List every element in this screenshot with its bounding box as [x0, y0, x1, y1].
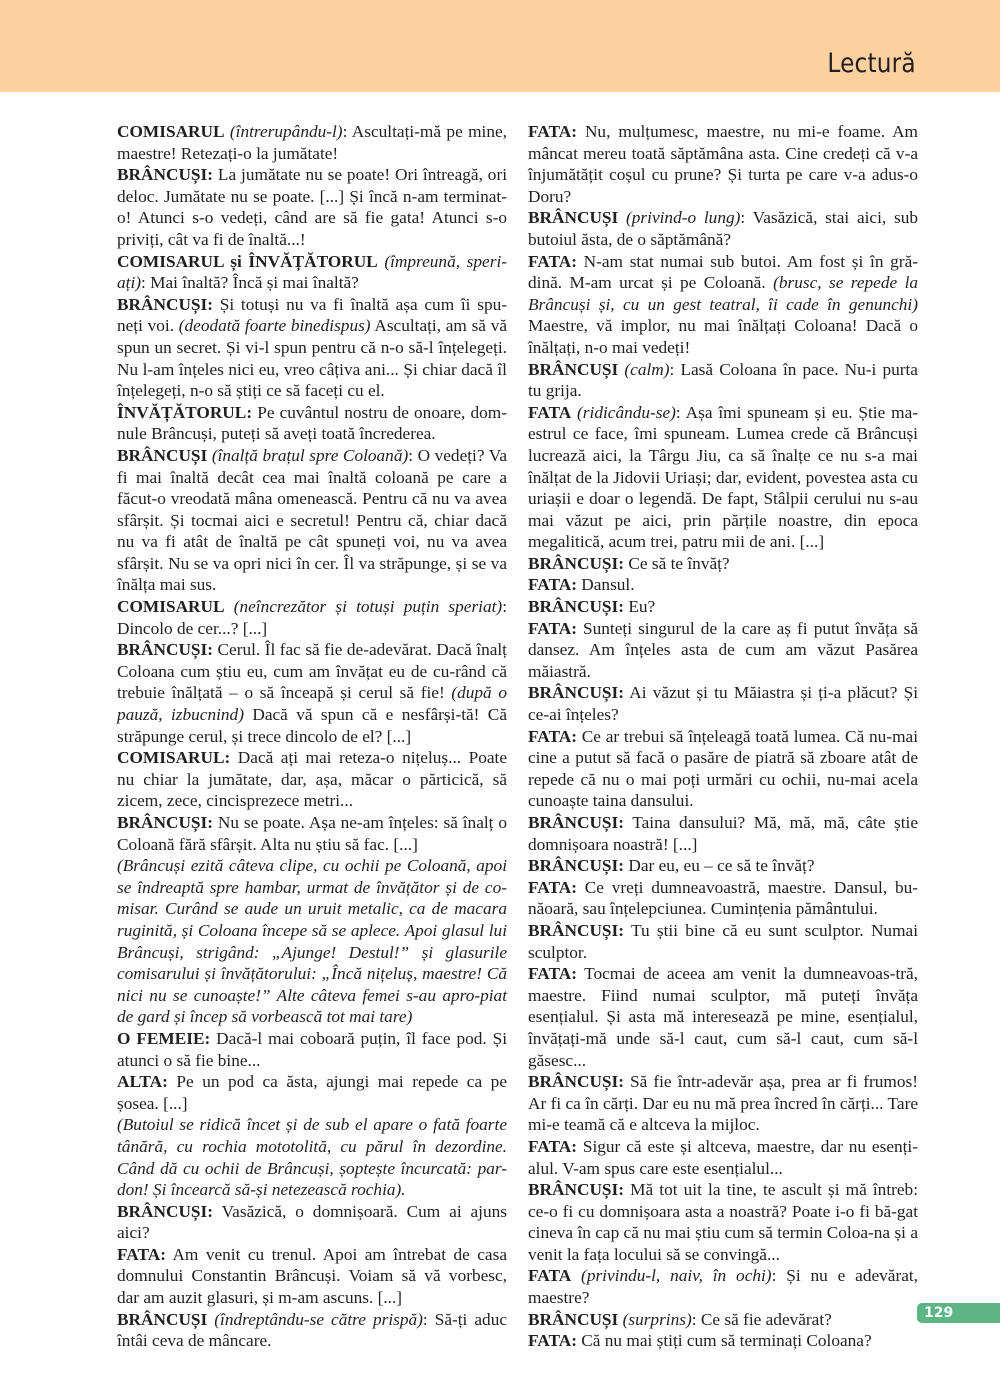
speaker-name: FATA: [528, 252, 577, 271]
stage-direction: (îndreptându-se către prispă) [207, 1310, 423, 1329]
speaker-name: BRÂNCUȘI: [528, 597, 624, 616]
speaker-name: COMISARUL [117, 597, 225, 616]
dialogue-paragraph: BRÂNCUȘI: Vasăzică, o domnișoară. Cum ai… [117, 1201, 507, 1244]
speaker-name: FATA: [528, 1137, 577, 1156]
dialogue-text: Ce să te învăț? [624, 554, 730, 573]
dialogue-text: Ce ar trebui să înțeleagă toată lumea. C… [528, 727, 918, 811]
dialogue-paragraph: (Butoiul se ridică încet și de sub el ap… [117, 1114, 507, 1200]
dialogue-paragraph: FATA: Am venit cu trenul. Apoi am întreb… [117, 1244, 507, 1309]
dialogue-paragraph: FATA: Nu, mulțumesc, maestre, nu mi-e fo… [528, 121, 918, 207]
dialogue-paragraph: BRÂNCUȘI: Dar eu, eu – ce să te învăț? [528, 855, 918, 877]
speaker-name: BRÂNCUȘI: [528, 683, 624, 702]
dialogue-paragraph: BRÂNCUȘI: Ai văzut și tu Măiastra și ți-… [528, 682, 918, 725]
dialogue-paragraph: BRÂNCUȘI: Să fie într-adevăr așa, prea a… [528, 1071, 918, 1136]
header-band: Lectură [0, 0, 1000, 92]
dialogue-text: Eu? [624, 597, 655, 616]
speaker-name: FATA: [528, 727, 577, 746]
speaker-name: BRÂNCUȘI: [117, 1202, 213, 1221]
speaker-name: BRÂNCUȘI [528, 1310, 618, 1329]
speaker-name: FATA: [528, 878, 577, 897]
stage-direction: (surprins) [618, 1310, 691, 1329]
dialogue-paragraph: BRÂNCUȘI (înalță brațul spre Coloană): O… [117, 445, 507, 596]
dialogue-paragraph: BRÂNCUȘI: Cerul. Îl fac să fie de-adevăr… [117, 639, 507, 747]
speaker-name: BRÂNCUȘI: [528, 1180, 624, 1199]
dialogue-paragraph: ALTA: Pe un pod ca ăsta, ajungi mai repe… [117, 1071, 507, 1114]
dialogue-paragraph: COMISARUL (neîncrezător și totuși puțin … [117, 596, 507, 639]
dialogue-text: Sunteți singurul de la care aș fi putut … [528, 619, 918, 681]
dialogue-paragraph: BRÂNCUȘI: Nu se poate. Așa ne-am înțeles… [117, 812, 507, 855]
stage-direction: (Brâncuși ezită câteva clipe, cu ochii p… [117, 856, 507, 1026]
dialogue-paragraph: BRÂNCUȘI: La jumătate nu se poate! Ori î… [117, 164, 507, 250]
dialogue-paragraph: BRÂNCUȘI (calm): Lasă Coloana în pace. N… [528, 359, 918, 402]
speaker-name: BRÂNCUȘI: [117, 295, 213, 314]
stage-direction: (deodată foarte binedispus) [179, 316, 371, 335]
speaker-name: BRÂNCUȘI: [117, 165, 213, 184]
dialogue-paragraph: BRÂNCUȘI (surprins): Ce să fie adevărat? [528, 1309, 918, 1331]
stage-direction: (calm) [618, 360, 669, 379]
dialogue-text: Că nu mai știți cum să terminați Coloana… [577, 1331, 872, 1350]
stage-direction: (ridicându-se) [571, 403, 676, 422]
dialogue-paragraph: BRÂNCUȘI: Ce să te învăț? [528, 553, 918, 575]
dialogue-text: Nu, mulțumesc, maestre, nu mi-e foame. A… [528, 122, 918, 206]
speaker-name: FATA: [528, 1331, 577, 1350]
speaker-name: BRÂNCUȘI [117, 446, 207, 465]
dialogue-text: Tocmai de aceea am venit la dumneavoas-t… [528, 964, 918, 1069]
dialogue-paragraph: BRÂNCUȘI: Tu știi bine că eu sunt sculpt… [528, 920, 918, 963]
speaker-name: FATA: [528, 964, 577, 983]
dialogue-paragraph: COMISARUL și ÎNVĂȚĂTORUL (împreună, sper… [117, 251, 507, 294]
dialogue-paragraph: FATA: Ce vreți dumneavoastră, maestre. D… [528, 877, 918, 920]
dialogue-text: Pe un pod ca ăsta, ajungi mai repede ca … [117, 1072, 507, 1113]
speaker-name: FATA [528, 1266, 571, 1285]
dialogue-paragraph: FATA: Sigur că este și altceva, maestre,… [528, 1136, 918, 1179]
dialogue-text: Dansul. [577, 575, 635, 594]
dialogue-text: : Ce să fie adevărat? [692, 1310, 832, 1329]
stage-direction: (privindu-l, naiv, în ochi) [571, 1266, 771, 1285]
speaker-name: FATA: [528, 619, 577, 638]
speaker-name: BRÂNCUȘI: [117, 813, 213, 832]
speaker-name: BRÂNCUȘI [528, 208, 618, 227]
speaker-name: BRÂNCUȘI: [528, 554, 624, 573]
speaker-name: BRÂNCUȘI: [528, 1072, 624, 1091]
speaker-name: BRÂNCUȘI: [528, 813, 624, 832]
dialogue-paragraph: FATA: Ce ar trebui să înțeleagă toată lu… [528, 726, 918, 812]
dialogue-paragraph: COMISARUL: Dacă ați mai reteza-o nițeluș… [117, 747, 507, 812]
dialogue-paragraph: FATA (privindu-l, naiv, în ochi): Și nu … [528, 1265, 918, 1308]
dialogue-paragraph: ÎNVĂȚĂTORUL: Pe cuvântul nostru de onoar… [117, 402, 507, 445]
dialogue-text: : Așa îmi spuneam și eu. Știe ma-estrul … [528, 403, 918, 552]
dialogue-paragraph: BRÂNCUȘI: Și totuși nu va fi înaltă așa … [117, 294, 507, 402]
dialogue-text: Maestre, vă implor, nu mai înălțați Colo… [528, 316, 918, 357]
dialogue-text: Sigur că este și altceva, maestre, dar n… [528, 1137, 918, 1178]
stage-direction: (privind-o lung) [618, 208, 740, 227]
speaker-name: FATA: [528, 575, 577, 594]
speaker-name: ÎNVĂȚĂTORUL: [117, 403, 252, 422]
dialogue-paragraph: COMISARUL (întrerupându-l): Ascultați-mă… [117, 121, 507, 164]
dialogue-paragraph: O FEMEIE: Dacă-l mai coboară puțin, îl f… [117, 1028, 507, 1071]
dialogue-text: Am venit cu trenul. Apoi am întrebat de … [117, 1245, 507, 1307]
speaker-name: COMISARUL: [117, 748, 230, 767]
speaker-name: O FEMEIE: [117, 1029, 210, 1048]
dialogue-paragraph: FATA: N-am stat numai sub butoi. Am fost… [528, 251, 918, 359]
dialogue-paragraph: BRÂNCUȘI: Mă tot uit la tine, te ascult … [528, 1179, 918, 1265]
stage-direction: (neîncrezător și totuși puțin speriat) [225, 597, 503, 616]
speaker-name: BRÂNCUȘI: [528, 921, 624, 940]
speaker-name: FATA: [117, 1245, 166, 1264]
dialogue-text: Dar eu, eu – ce să te învăț? [624, 856, 814, 875]
dialogue-text: Ce vreți dumneavoastră, maestre. Dansul,… [528, 878, 918, 919]
speaker-name: BRÂNCUȘI: [528, 856, 624, 875]
speaker-name: FATA [528, 403, 571, 422]
dialogue-paragraph: FATA (ridicându-se): Așa îmi spuneam și … [528, 402, 918, 553]
speaker-name: COMISARUL și ÎNVĂȚĂTORUL [117, 252, 378, 271]
right-column: FATA: Nu, mulțumesc, maestre, nu mi-e fo… [528, 121, 918, 1352]
speaker-name: BRÂNCUȘI: [117, 640, 213, 659]
dialogue-paragraph: FATA: Că nu mai știți cum să terminați C… [528, 1330, 918, 1352]
dialogue-paragraph: BRÂNCUȘI (privind-o lung): Vasăzică, sta… [528, 207, 918, 250]
dialogue-text: : Mai înaltă? Încă și mai înaltă? [141, 273, 359, 292]
dialogue-text: : O vedeți? Va fi mai înaltă decât cea m… [117, 446, 507, 595]
speaker-name: BRÂNCUȘI [528, 360, 618, 379]
dialogue-paragraph: FATA: Dansul. [528, 574, 918, 596]
speaker-name: BRÂNCUȘI [117, 1310, 207, 1329]
dialogue-paragraph: FATA: Sunteți singurul de la care aș fi … [528, 618, 918, 683]
stage-direction: (Butoiul se ridică încet și de sub el ap… [117, 1115, 507, 1199]
dialogue-paragraph: BRÂNCUȘI: Eu? [528, 596, 918, 618]
left-column: COMISARUL (întrerupându-l): Ascultați-mă… [117, 121, 507, 1352]
dialogue-paragraph: BRÂNCUȘI (îndreptându-se către prispă): … [117, 1309, 507, 1352]
speaker-name: COMISARUL [117, 122, 225, 141]
section-title: Lectură [828, 48, 916, 79]
dialogue-paragraph: FATA: Tocmai de aceea am venit la dumnea… [528, 963, 918, 1071]
page-number: 129 [924, 1303, 953, 1323]
page-number-badge: 129 [917, 1303, 1000, 1323]
stage-direction: (întrerupându-l) [225, 122, 343, 141]
dialogue-paragraph: (Brâncuși ezită câteva clipe, cu ochii p… [117, 855, 507, 1028]
dialogue-paragraph: BRÂNCUȘI: Taina dansului? Mă, mă, mă, câ… [528, 812, 918, 855]
stage-direction: (înalță brațul spre Coloană) [207, 446, 408, 465]
speaker-name: ALTA: [117, 1072, 168, 1091]
speaker-name: FATA: [528, 122, 577, 141]
